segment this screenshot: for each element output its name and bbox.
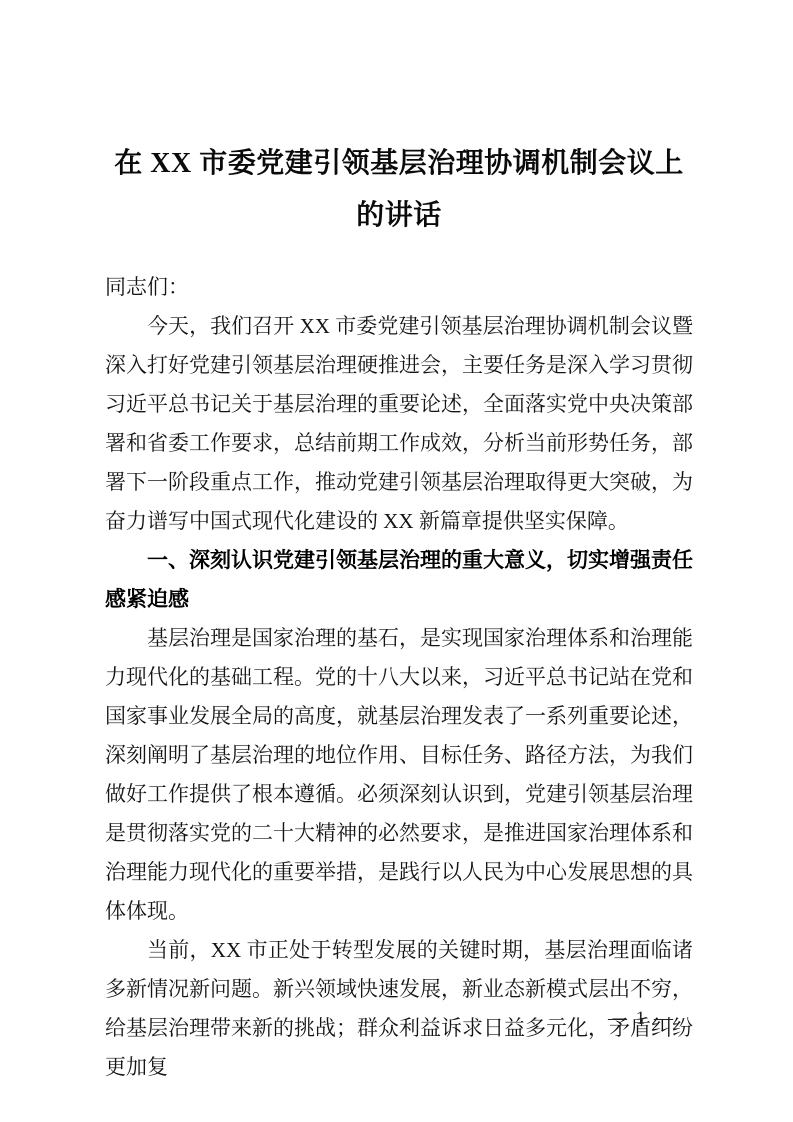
document-page: 在 XX 市委党建引领基层治理协调机制会议上的讲话 同志们：今天，我们召开 XX…	[0, 0, 793, 1122]
body-paragraph: 今天，我们召开 XX 市委党建引领基层治理协调机制会议暨深入打好党建引领基层治理…	[105, 307, 693, 541]
paragraph-list: 同志们：今天，我们召开 XX 市委党建引领基层治理协调机制会议暨深入打好党建引领…	[105, 268, 693, 1087]
body-paragraph: 基层治理是国家治理的基石，是实现国家治理体系和治理能力现代化的基础工程。党的十八…	[105, 619, 693, 931]
document-title: 在 XX 市委党建引领基层治理协调机制会议上的讲话	[109, 138, 689, 242]
document-content: 在 XX 市委党建引领基层治理协调机制会议上的讲话 同志们：今天，我们召开 XX…	[0, 0, 793, 1087]
page-number: — 1 —	[608, 1008, 675, 1030]
section-heading: 一、深刻认识党建引领基层治理的重大意义，切实增强责任感紧迫感	[105, 541, 693, 619]
body-paragraph: 当前，XX 市正处于转型发展的关键时期，基层治理面临诸多新情况新问题。新兴领域快…	[105, 931, 693, 1087]
salutation: 同志们：	[105, 268, 693, 307]
